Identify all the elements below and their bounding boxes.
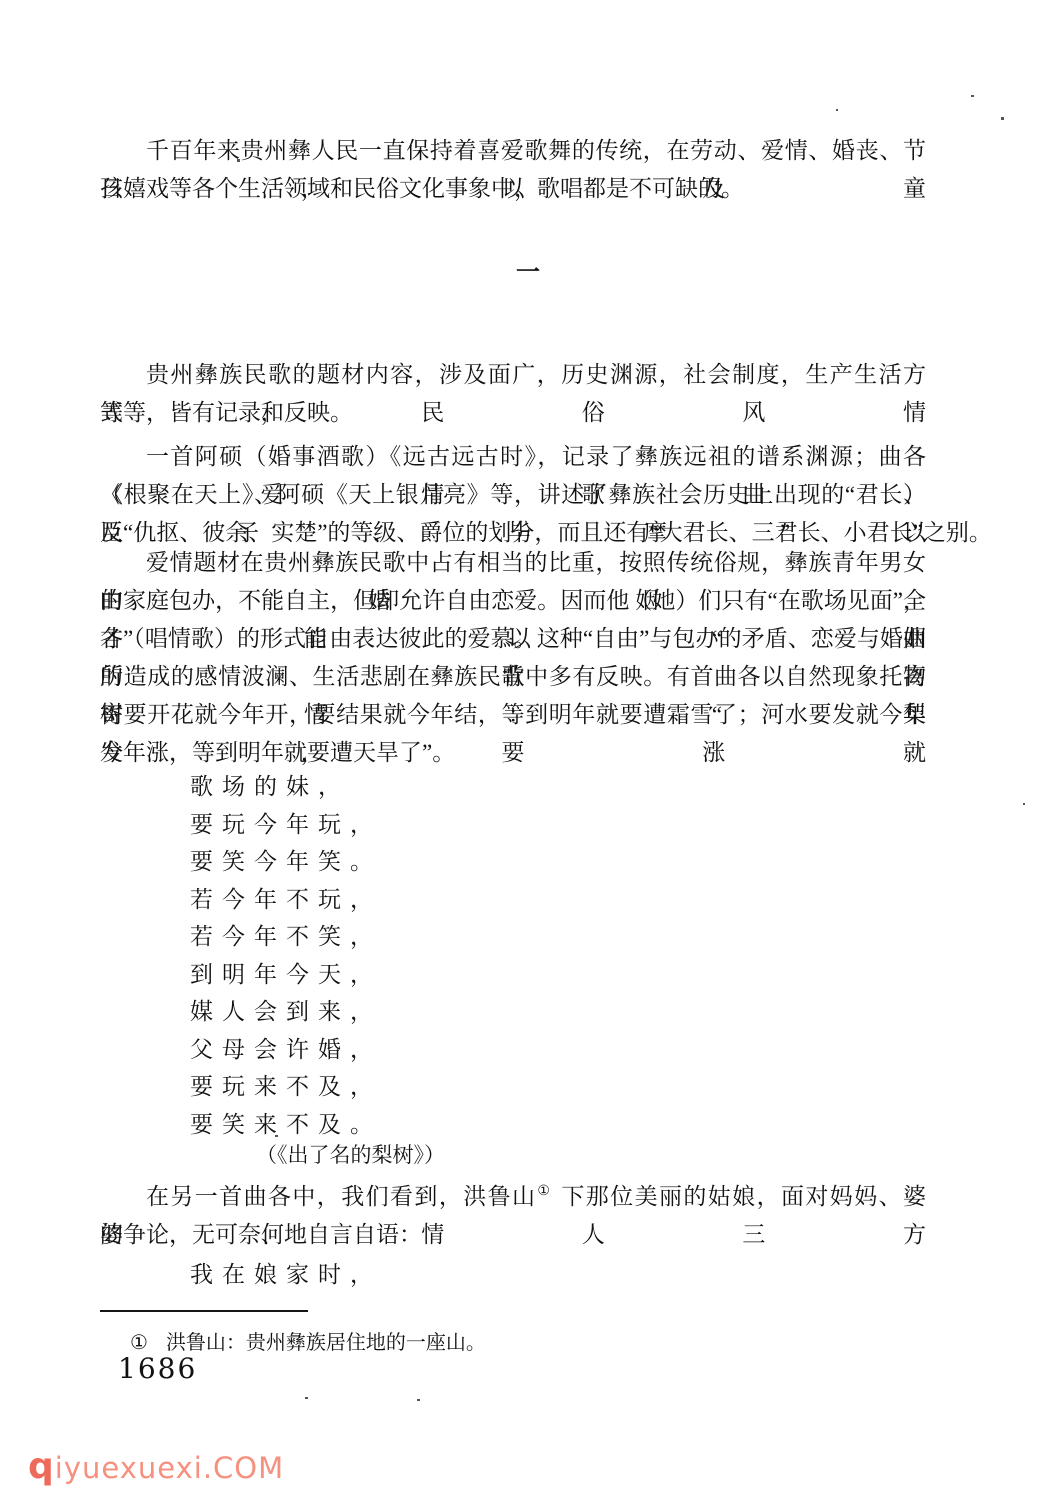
- footnote-reference-1: ①: [537, 1184, 551, 1199]
- scan-noise-dot: [1001, 117, 1004, 120]
- scanned-book-page: 千百年来贵州彝人民一直保持着喜爱歌舞的传统，在劳动、爱情、婚丧、节日，以及童 孩…: [0, 0, 1056, 1505]
- paragraph-line: 所造成的感情波澜、生活悲剧在彝族民歌中多有反映。有首曲各以自然现象托物寄情：“梨: [100, 658, 926, 696]
- site-watermark: qiyuexuexi.COM: [28, 1446, 284, 1487]
- intro-paragraph: 千百年来贵州彝人民一直保持着喜爱歌舞的传统，在劳动、爱情、婚丧、节日，以及童 孩…: [100, 132, 926, 208]
- watermark-tld: .COM: [203, 1451, 284, 1485]
- paragraph-line: 由家庭包办，不能自主，但却允许自由恋爱。因而他（她）们只有“在歌场见面”，才能以…: [100, 582, 926, 620]
- poem-line: 要笑今年笑。: [190, 843, 382, 881]
- paragraph-line: 在另一首曲各中，我们看到，洪鲁山①下那位美丽的姑娘，面对妈妈、婆婆、情人三方: [100, 1178, 926, 1216]
- overview-paragraph: 贵州彝族民歌的题材内容，涉及面广，历史渊源，社会制度，生产生活方式，民俗风情 等…: [100, 356, 926, 432]
- paragraph-line: 千百年来贵州彝人民一直保持着喜爱歌舞的传统，在劳动、爱情、婚丧、节日，以及童: [100, 132, 926, 170]
- paragraph-line: 爱情题材在贵州彝族民歌中占有相当的比重，按照传统俗规，彝族青年男女的婚姻全: [100, 544, 926, 582]
- poem-line: 若今年不笑，: [190, 918, 382, 956]
- love-theme-paragraph: 爱情题材在贵州彝族民歌中占有相当的比重，按照传统俗规，彝族青年男女的婚姻全 由家…: [100, 544, 926, 772]
- paragraph-line: 各”（唱情歌）的形式自由表达彼此的爱慕。这种“自由”与包办的矛盾、恋爱与婚姻的背…: [100, 620, 926, 658]
- poem-line: 若今年不玩，: [190, 881, 382, 919]
- poem-line: 到明年今天，: [190, 956, 382, 994]
- poem-line: 歌场的妹，: [190, 768, 382, 806]
- paragraph-line: 《根聚在天上》、阿硕《天上银月亮》等，讲述了彝族社会历史上出现的“君长、臣子、毕…: [100, 476, 926, 514]
- paragraph-line: 贵州彝族民歌的题材内容，涉及面广，历史渊源，社会制度，生产生活方式，民俗风情: [100, 356, 926, 394]
- watermark-lead-letter: q: [28, 1446, 55, 1487]
- watermark-text: iyuexuexi: [55, 1451, 203, 1485]
- paragraph-text: 在另一首曲各中，我们看到，洪鲁山: [146, 1184, 536, 1209]
- poem-line: 我在娘家时，: [190, 1256, 382, 1294]
- poem-line: 要玩今年玩，: [190, 806, 382, 844]
- footnote-text: 洪鲁山：贵州彝族居住地的一座山。: [166, 1332, 486, 1354]
- poem-line: 父母会许婚，: [190, 1031, 382, 1069]
- second-poem: 我在娘家时，: [190, 1256, 382, 1294]
- poem-line: 媒人会到来，: [190, 993, 382, 1031]
- scan-noise-dot: [275, 1135, 278, 1137]
- poem-line: 要玩来不及，: [190, 1068, 382, 1106]
- scan-noise-dot: [971, 95, 974, 97]
- footnote-separator-rule: [100, 1310, 308, 1312]
- footnote-marker: ①: [130, 1332, 148, 1354]
- section-heading-one: 一: [0, 252, 1056, 287]
- page-number: 1686: [118, 1352, 197, 1385]
- scan-noise-dot: [237, 159, 240, 162]
- scan-noise-dot: [305, 1397, 308, 1399]
- scan-noise-dot: [836, 109, 838, 111]
- scan-noise-dot: [1023, 803, 1025, 805]
- poem-attribution: （《出了名的梨树》）: [256, 1140, 445, 1170]
- scan-noise-dot: [417, 1399, 420, 1401]
- paragraph-line: 树要开花就今年开，要结果就今年结，等到明年就要遭霜雪了；河水要发就今年发，要涨就: [100, 696, 926, 734]
- poem-line: 要笑来不及。: [190, 1106, 382, 1144]
- paragraph-line: 一首阿硕（婚事酒歌）《远古远古时》，记录了彝族远祖的谱系渊源；曲各（爱情歌曲）: [100, 438, 926, 476]
- ashuo-paragraph: 一首阿硕（婚事酒歌）《远古远古时》，记录了彝族远祖的谱系渊源；曲各（爱情歌曲） …: [100, 438, 926, 552]
- quge-paragraph: 在另一首曲各中，我们看到，洪鲁山①下那位美丽的姑娘，面对妈妈、婆婆、情人三方 的…: [100, 1178, 926, 1254]
- pear-tree-poem: 歌场的妹， 要玩今年玩， 要笑今年笑。 若今年不玩， 若今年不笑， 到明年今天，…: [190, 768, 382, 1143]
